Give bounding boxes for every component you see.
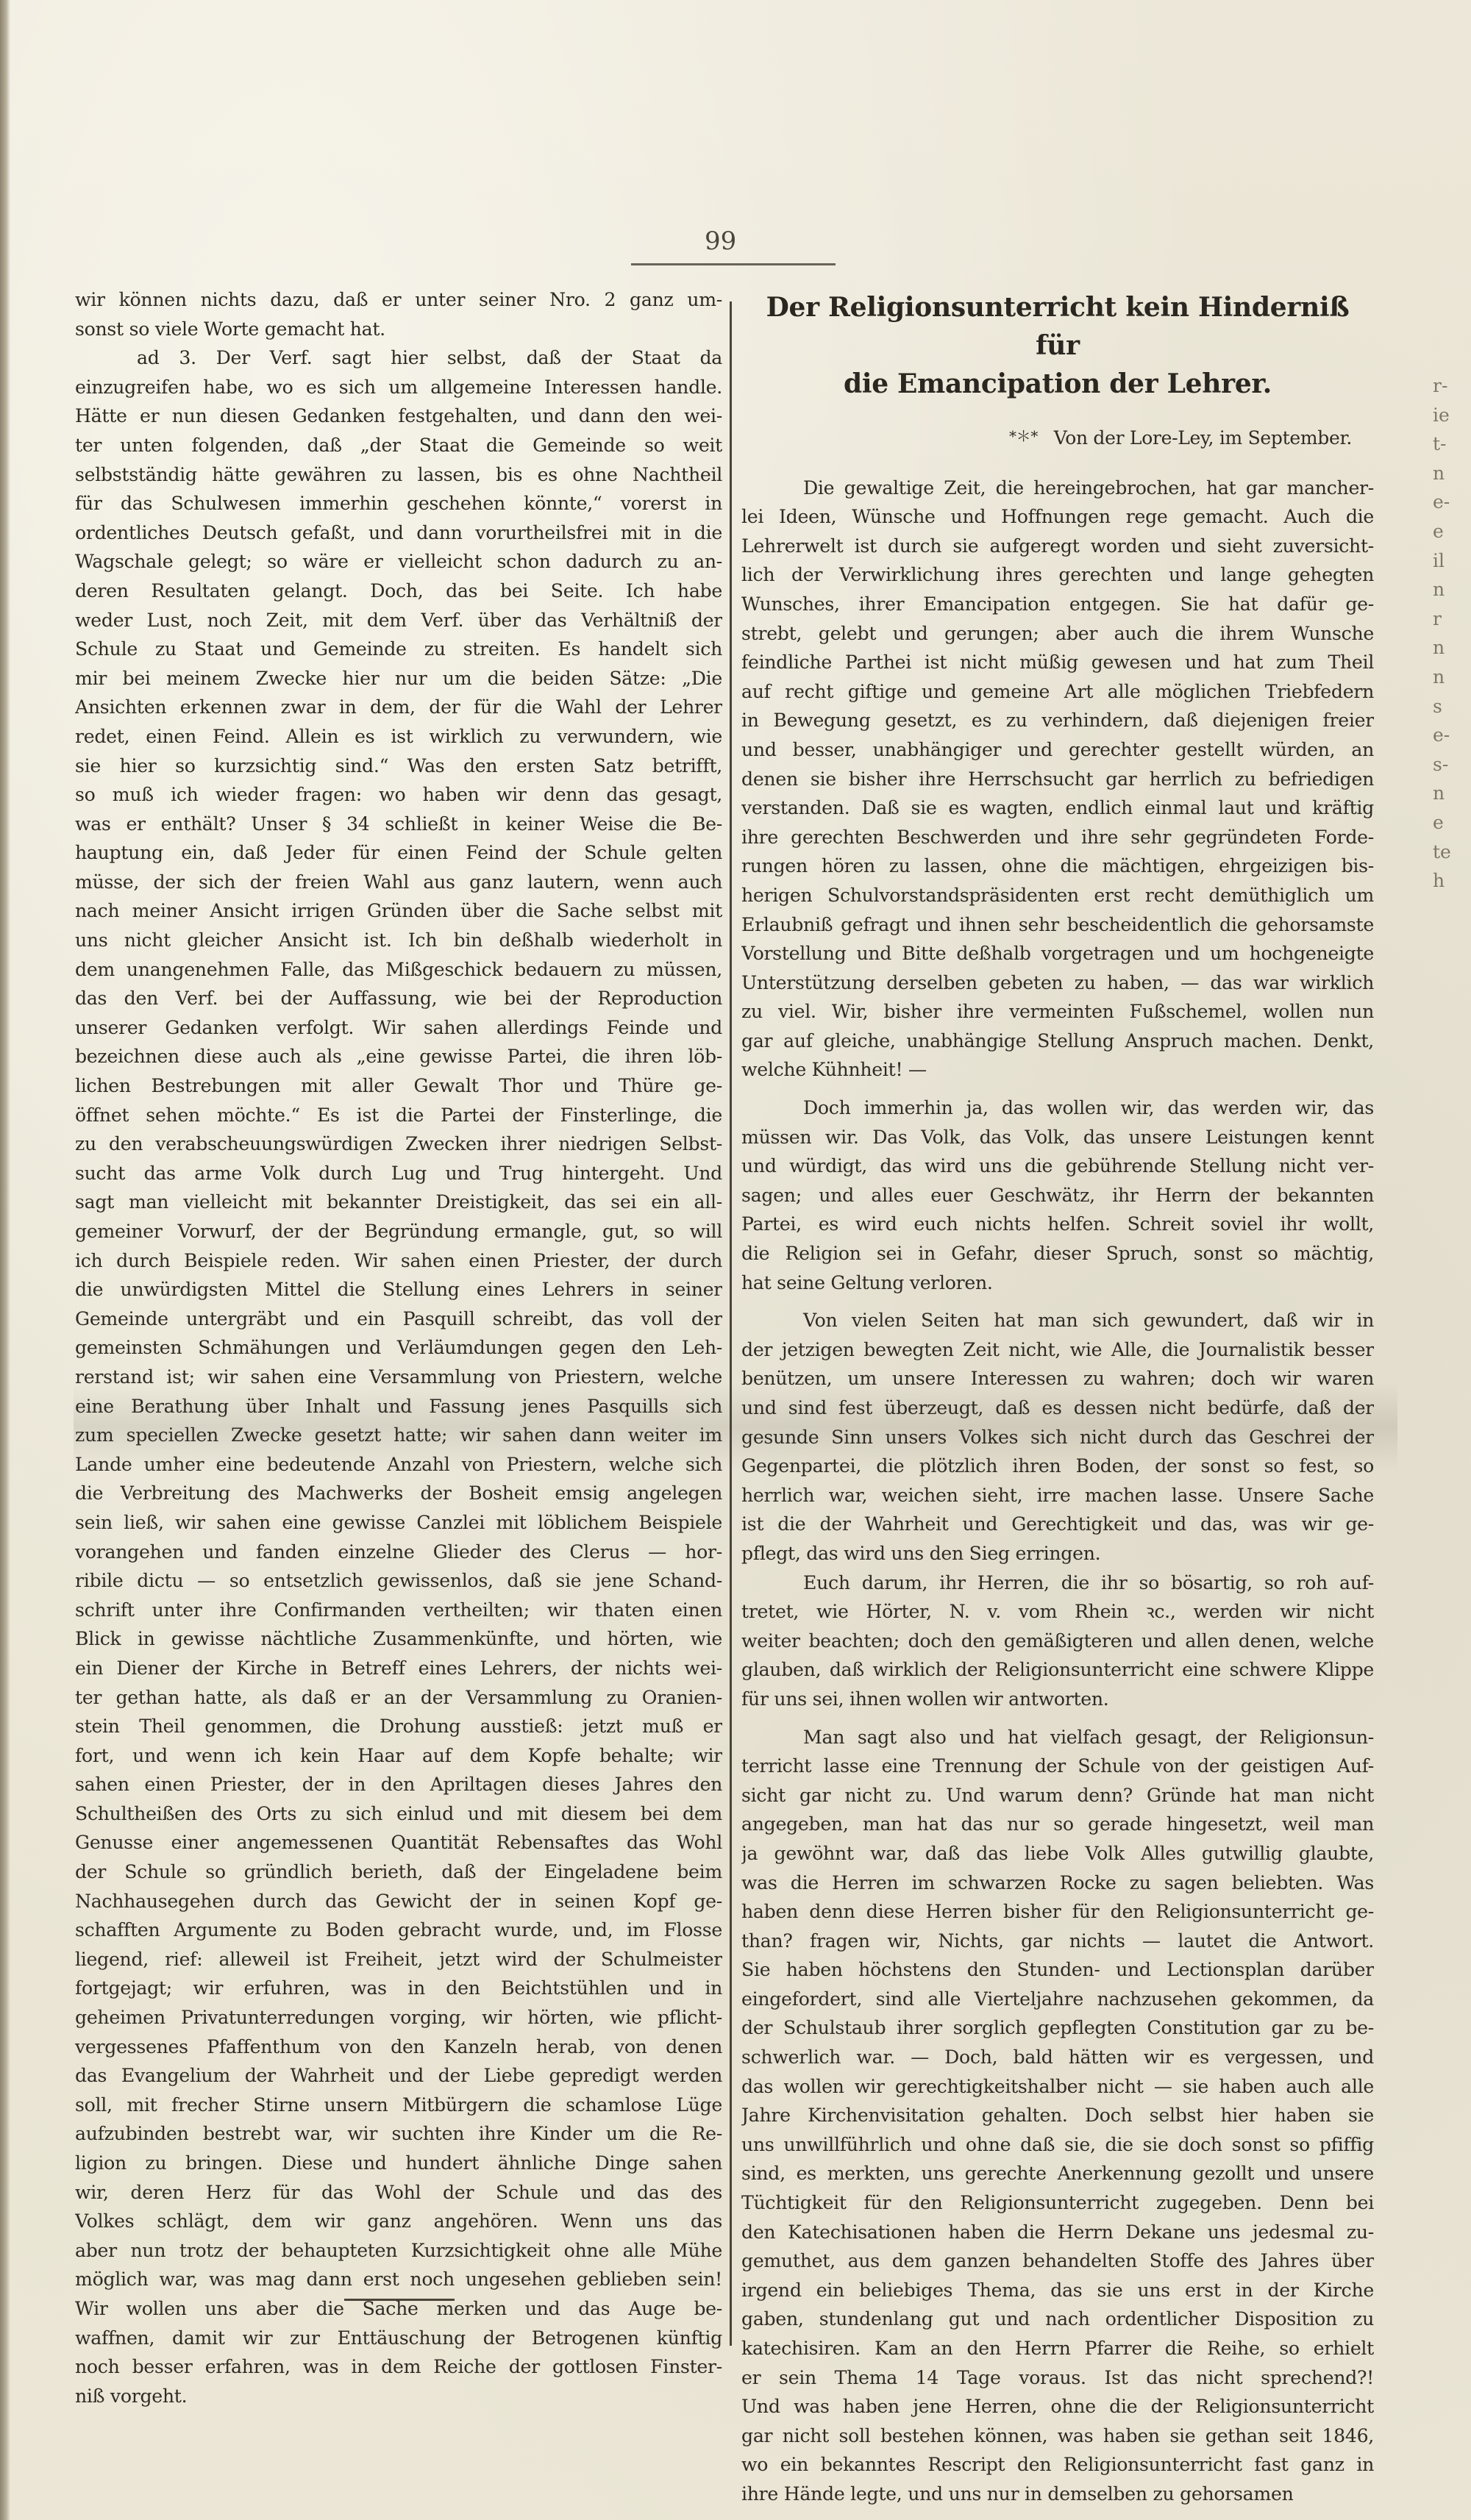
- text-line: fortgejagt; wir erfuhren, was in den Bei…: [75, 1974, 722, 2003]
- text-line: rungen hören zu lassen, ohne die mächtig…: [741, 852, 1374, 881]
- text-line: Blick in gewisse nächtliche Zusammenkünf…: [75, 1624, 722, 1654]
- left-column: wir können nichts dazu, daß er unter sei…: [75, 285, 722, 2410]
- bleed-fragment: r: [1433, 604, 1471, 634]
- text-line: Jahre Kirchenvisitation gehalten. Doch s…: [741, 2101, 1374, 2130]
- text-line: sein ließ, wir sahen eine gewisse Canzle…: [75, 1508, 722, 1538]
- text-line: eingefordert, sind alle Vierteljahre nac…: [741, 1985, 1374, 2014]
- text-line: sagt man vielleicht mit bekannter Dreist…: [75, 1188, 722, 1217]
- text-line: deren Resultaten gelangt. Doch, das bei …: [75, 577, 722, 606]
- text-line: Erlaubniß gefragt und ihnen sehr beschei…: [741, 910, 1374, 940]
- text-line: sie hier so kurzsichtig sind.“ Was den e…: [75, 752, 722, 781]
- text-line: gemeinsten Schmähungen und Verläumdungen…: [75, 1333, 722, 1363]
- text-line: Schultheißen des Orts zu sich einlud und…: [75, 1799, 722, 1829]
- text-line: ein Diener der Kirche in Betreff eines L…: [75, 1654, 722, 1683]
- page-number-rule: [631, 263, 836, 265]
- text-line: wir, deren Herz für das Wohl der Schule …: [75, 2178, 722, 2207]
- text-line: schrift unter ihre Confirmanden vertheil…: [75, 1596, 722, 1625]
- text-line: nach meiner Ansicht irrigen Gründen über…: [75, 896, 722, 926]
- bleed-fragment: n: [1433, 575, 1471, 604]
- text-line: eine Berathung über Inhalt und Fassung j…: [75, 1392, 722, 1421]
- text-line: und sind fest überzeugt, daß es dessen n…: [741, 1393, 1374, 1423]
- text-line: einzugreifen habe, wo es sich um allgeme…: [75, 373, 722, 402]
- text-line: geheimen Privatunterredungen vorging, wi…: [75, 2003, 722, 2032]
- text-line: schwerlich war. — Doch, bald hätten wir …: [741, 2043, 1374, 2072]
- text-line: Doch immerhin ja, das wollen wir, das we…: [741, 1093, 1374, 1123]
- article-end-rule: [344, 2299, 455, 2301]
- bleed-fragment: ie: [1433, 401, 1471, 430]
- text-line: aber nun trotz der behaupteten Kurzsicht…: [75, 2236, 722, 2266]
- text-line: sonst so viele Worte gemacht hat.: [75, 315, 722, 344]
- text-line: Tüchtigkeit für den Religionsunterricht …: [741, 2188, 1374, 2218]
- text-line: wo ein bekanntes Rescript den Religionsu…: [741, 2450, 1374, 2480]
- text-line: die unwürdigsten Mittel die Stellung ein…: [75, 1275, 722, 1304]
- bleed-fragment: n: [1433, 663, 1471, 692]
- text-line: sahen einen Priester, der in den Aprilta…: [75, 1770, 722, 1799]
- text-line: angegeben, man hat das nur so gerade hin…: [741, 1810, 1374, 1839]
- bleed-fragment: e: [1433, 517, 1471, 546]
- article-title-line-2: die Emancipation der Lehrer.: [741, 365, 1374, 403]
- newspaper-page: 99 wir können nichts dazu, daß er unter …: [0, 0, 1471, 2520]
- text-line: rerstand ist; wir sahen eine Versammlung…: [75, 1363, 722, 1392]
- text-line: und besser, unabhängiger und gerechter g…: [741, 735, 1374, 765]
- text-line: schafften Argumente zu Boden gebracht wu…: [75, 1916, 722, 1945]
- text-line: Und was haben jene Herren, ohne die der …: [741, 2392, 1374, 2421]
- right-column: Der Religionsunterricht kein Hinderniß f…: [741, 285, 1374, 2509]
- text-line: than? fragen wir, Nichts, gar nichts — l…: [741, 1927, 1374, 1956]
- byline-text: Von der Lore-Ley, im September.: [1054, 427, 1352, 449]
- text-line: Nachhausegehen durch das Gewicht der in …: [75, 1887, 722, 1916]
- text-line: irgend ein beliebiges Thema, das sie uns…: [741, 2276, 1374, 2305]
- text-line: Hätte er nun diesen Gedanken festgehalte…: [75, 401, 722, 431]
- text-line: fort, und wenn ich kein Haar auf dem Kop…: [75, 1741, 722, 1771]
- bleed-fragment: s-: [1433, 750, 1471, 779]
- text-line: gemuthet, aus dem ganzen behandelten Sto…: [741, 2246, 1374, 2276]
- text-line: Die gewaltige Zeit, die hereingebrochen,…: [741, 474, 1374, 503]
- text-line: Vorstellung und Bitte deßhalb vorgetrage…: [741, 939, 1374, 968]
- text-line: Volkes schlägt, dem wir ganz angehören. …: [75, 2207, 722, 2236]
- text-line: Wunsches, ihrer Emancipation entgegen. S…: [741, 590, 1374, 619]
- text-line: das wollen wir gerechtigkeitshalber nich…: [741, 2072, 1374, 2102]
- text-line: sind, es merkten, uns gerechte Anerkennu…: [741, 2159, 1374, 2188]
- text-line: niß vorgeht.: [75, 2382, 722, 2411]
- text-line: zum speciellen Zwecke gesetzt hatte; wir…: [75, 1421, 722, 1450]
- text-line: für uns sei, ihnen wollen wir antworten.: [741, 1685, 1374, 1714]
- adjacent-page-text-bleed: r-iet-ne-eilnrnnse-s-neteh: [1433, 371, 1471, 896]
- text-line: lei Ideen, Wünsche und Hoffnungen rege g…: [741, 502, 1374, 532]
- binding-edge: [0, 0, 10, 2520]
- text-line: Partei, es wird euch nichts helfen. Schr…: [741, 1210, 1374, 1239]
- text-line: terricht lasse eine Trennung der Schule …: [741, 1752, 1374, 1781]
- text-line: hauptung ein, daß Jeder für einen Feind …: [75, 838, 722, 868]
- text-line: Unterstützung derselben gebeten zu haben…: [741, 968, 1374, 998]
- text-line: ligion zu bringen. Diese und hundert ähn…: [75, 2149, 722, 2178]
- text-line: ad 3. Der Verf. sagt hier selbst, daß de…: [75, 343, 722, 373]
- bleed-fragment: e-: [1433, 721, 1471, 750]
- text-line: soll, mit frecher Stirne unsern Mitbürge…: [75, 2091, 722, 2120]
- text-line: Schule zu Staat und Gemeinde zu streiten…: [75, 635, 722, 664]
- text-line: gesunde Sinn unsers Volkes sich nicht du…: [741, 1423, 1374, 1452]
- text-line: was die Herren im schwarzen Rocke zu sag…: [741, 1868, 1374, 1898]
- text-line: dem unangenehmen Falle, das Mißgeschick …: [75, 955, 722, 985]
- text-line: Euch darum, ihr Herren, die ihr so bösar…: [741, 1568, 1374, 1598]
- column-divider: [730, 301, 732, 2346]
- bleed-fragment: te: [1433, 838, 1471, 867]
- bleed-fragment: e: [1433, 808, 1471, 838]
- bleed-fragment: h: [1433, 866, 1471, 896]
- text-line: möglich war, was mag dann erst noch unge…: [75, 2265, 722, 2294]
- article-title: Der Religionsunterricht kein Hinderniß f…: [741, 288, 1374, 403]
- text-line: Sie haben höchstens den Stunden- und Lec…: [741, 1955, 1374, 1985]
- article-title-line-1: Der Religionsunterricht kein Hinderniß f…: [741, 288, 1374, 365]
- text-line: gar nicht soll bestehen können, was habe…: [741, 2421, 1374, 2451]
- text-line: gemeiner Vorwurf, der der Begründung erm…: [75, 1217, 722, 1246]
- text-line: ordentliches Deutsch gefaßt, und dann vo…: [75, 518, 722, 548]
- text-line: herrlich war, weichen sieht, irre machen…: [741, 1481, 1374, 1510]
- text-line: ter unten folgenden, daß „der Staat die …: [75, 431, 722, 460]
- bleed-fragment: t-: [1433, 429, 1471, 459]
- text-line: und würdigt, das wird uns die gebührende…: [741, 1152, 1374, 1181]
- text-line: Lehrerwelt ist durch sie aufgeregt worde…: [741, 532, 1374, 561]
- text-line: Von vielen Seiten hat man sich gewundert…: [741, 1306, 1374, 1335]
- text-line: hat seine Geltung verloren.: [741, 1268, 1374, 1298]
- text-line: Wagschale gelegt; so wäre er vielleicht …: [75, 547, 722, 577]
- text-line: öffnet sehen möchte.“ Es ist die Partei …: [75, 1101, 722, 1130]
- text-line: gaben, stundenlang gut und nach ordentli…: [741, 2305, 1374, 2334]
- text-line: Gemeinde untergräbt und ein Pasquill sch…: [75, 1304, 722, 1334]
- text-line: müsse, der sich der freien Wahl aus ganz…: [75, 868, 722, 897]
- text-line: uns unwillführlich und ohne daß sie, die…: [741, 2130, 1374, 2160]
- text-line: ist die der Wahrheit und Gerechtigkeit u…: [741, 1510, 1374, 1539]
- text-line: Man sagt also und hat vielfach gesagt, d…: [741, 1723, 1374, 1752]
- text-line: ribile dictu — so entsetzlich gewissenlo…: [75, 1566, 722, 1596]
- text-line: was er enthält? Unser § 34 schließt in k…: [75, 810, 722, 839]
- text-line: der Schule so gründlich berieth, daß der…: [75, 1857, 722, 1887]
- text-line: gar auf gleiche, unabhängige Stellung An…: [741, 1027, 1374, 1056]
- text-line: er sein Thema 14 Tage voraus. Ist das ni…: [741, 2363, 1374, 2393]
- text-line: pflegt, das wird uns den Sieg erringen.: [741, 1539, 1374, 1568]
- text-line: lichen Bestrebungen mit aller Gewalt Tho…: [75, 1071, 722, 1101]
- text-line: Ansichten erkennen zwar in dem, der für …: [75, 693, 722, 722]
- text-line: den Katechisationen haben die Herrn Deka…: [741, 2218, 1374, 2247]
- text-line: stein Theil genommen, die Drohung aussti…: [75, 1712, 722, 1741]
- text-line: so muß ich wieder fragen: wo haben wir d…: [75, 780, 722, 810]
- text-line: aufzubinden bestrebt war, wir suchten ih…: [75, 2119, 722, 2149]
- asterism-icon: *＊*: [1009, 427, 1038, 445]
- bleed-fragment: n: [1433, 459, 1471, 488]
- text-line: bezeichnen diese auch als „eine gewisse …: [75, 1042, 722, 1071]
- text-line: ihre gerechten Beschwerden und ihre sehr…: [741, 823, 1374, 852]
- text-line: benützen, um unsere Interessen zu wahren…: [741, 1364, 1374, 1393]
- text-line: sagen; und alles euer Geschwätz, ihr Her…: [741, 1181, 1374, 1210]
- text-line: das den Verf. bei der Auffassung, wie be…: [75, 984, 722, 1013]
- text-line: ihre Hände legte, und uns nur in demselb…: [741, 2480, 1374, 2509]
- article-byline: *＊* Von der Lore-Ley, im September.: [741, 422, 1374, 453]
- text-line: weder Lust, noch Zeit, mit dem Verf. übe…: [75, 606, 722, 635]
- text-line: waffnen, damit wir zur Enttäuschung der …: [75, 2324, 722, 2353]
- text-line: Lande umher eine bedeutende Anzahl von P…: [75, 1450, 722, 1479]
- text-line: uns nicht gleicher Ansicht ist. Ich bin …: [75, 926, 722, 955]
- text-line: herigen Schulvorstandspräsidenten erst r…: [741, 881, 1374, 910]
- text-line: welche Kühnheit! —: [741, 1055, 1374, 1085]
- text-line: katechisiren. Kam an den Herrn Pfarrer d…: [741, 2334, 1374, 2363]
- text-line: ter gethan hatte, als daß er an der Vers…: [75, 1683, 722, 1713]
- text-line: unserer Gedanken verfolgt. Wir sahen all…: [75, 1013, 722, 1043]
- text-line: lich der Verwirklichung ihres gerechten …: [741, 560, 1374, 590]
- text-line: strebt, gelebt und gerungen; aber auch d…: [741, 619, 1374, 649]
- text-line: Gegenpartei, die plötzlich ihren Boden, …: [741, 1452, 1374, 1481]
- page-number: 99: [705, 226, 736, 256]
- text-line: in Bewegung gesetzt, es zu verhindern, d…: [741, 706, 1374, 735]
- text-line: sicht gar nicht zu. Und warum denn? Grün…: [741, 1781, 1374, 1810]
- text-line: vergessenes Pfaffenthum von den Kanzeln …: [75, 2032, 722, 2062]
- text-line: denen sie bisher ihre Herrschsucht gar h…: [741, 765, 1374, 794]
- article-body: Die gewaltige Zeit, die hereingebrochen,…: [741, 474, 1374, 2509]
- text-line: weiter beachten; doch den gemäßigteren u…: [741, 1627, 1374, 1656]
- text-line: sucht das arme Volk durch Lug und Trug h…: [75, 1159, 722, 1188]
- text-line: tretet, wie Hörter, N. v. vom Rhein ꝛc.,…: [741, 1597, 1374, 1627]
- text-line: liegend, rief: alleweil ist Freiheit, je…: [75, 1945, 722, 1974]
- bleed-fragment: s: [1433, 692, 1471, 721]
- text-line: für das Schulwesen immerhin geschehen kö…: [75, 489, 722, 518]
- text-line: vorangehen und fanden einzelne Glieder d…: [75, 1538, 722, 1567]
- text-line: feindliche Parthei ist nicht müßig gewes…: [741, 648, 1374, 677]
- text-line: ja gewöhnt war, daß das liebe Volk Alles…: [741, 1839, 1374, 1868]
- text-line: glauben, daß wirklich der Religionsunter…: [741, 1655, 1374, 1685]
- text-line: noch besser erfahren, was in dem Reiche …: [75, 2352, 722, 2382]
- bleed-fragment: il: [1433, 546, 1471, 576]
- text-line: müssen wir. Das Volk, das Volk, das unse…: [741, 1123, 1374, 1152]
- text-line: das Evangelium der Wahrheit und der Lieb…: [75, 2061, 722, 2091]
- bleed-fragment: r-: [1433, 371, 1471, 401]
- text-line: wir können nichts dazu, daß er unter sei…: [75, 285, 722, 315]
- text-line: der Schulstaub ihrer sorglich gepflegten…: [741, 2013, 1374, 2043]
- text-line: der jetzigen bewegten Zeit nicht, wie Al…: [741, 1335, 1374, 1365]
- bleed-fragment: e-: [1433, 488, 1471, 517]
- text-line: zu den verabscheuungswürdigen Zwecken ih…: [75, 1129, 722, 1159]
- text-line: selbstständig hätte gewähren zu lassen, …: [75, 460, 722, 490]
- text-line: zu viel. Wir, bisher ihre vermeinten Fuß…: [741, 997, 1374, 1027]
- text-line: die Verbreitung des Machwerks der Boshei…: [75, 1479, 722, 1508]
- text-line: Genusse einer angemessenen Quantität Reb…: [75, 1828, 722, 1857]
- bleed-fragment: n: [1433, 633, 1471, 663]
- text-line: haben denn diese Herren bisher für den R…: [741, 1897, 1374, 1927]
- text-line: redet, einen Feind. Allein es ist wirkli…: [75, 722, 722, 752]
- text-line: mir bei meinem Zwecke hier nur um die be…: [75, 664, 722, 693]
- text-line: verstanden. Daß sie es wagten, endlich e…: [741, 793, 1374, 823]
- bleed-fragment: n: [1433, 779, 1471, 808]
- text-line: auf recht giftige und gemeine Art alle m…: [741, 677, 1374, 707]
- text-line: die Religion sei in Gefahr, dieser Spruc…: [741, 1239, 1374, 1268]
- text-line: ich durch Beispiele reden. Wir sahen ein…: [75, 1246, 722, 1276]
